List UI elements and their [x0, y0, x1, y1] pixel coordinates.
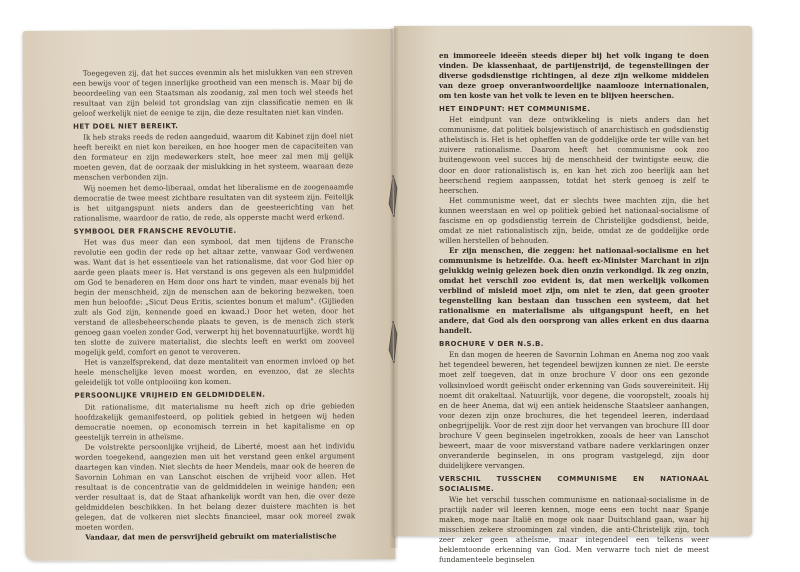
- section-heading: Brochure V der N.S.B.: [439, 339, 709, 349]
- paragraph: De volstrekte persoonlijke vrijheid, de …: [75, 441, 355, 533]
- staple-icon: [388, 320, 398, 364]
- left-page-text: Toegegeven zij, dat het succes evenmin a…: [73, 67, 355, 543]
- paragraph: Dit rationalisme, dit materialisme nu he…: [75, 401, 355, 443]
- paragraph: Het is vanzelfsprekend, dat deze mentali…: [74, 357, 354, 389]
- booklet-spine: [390, 28, 398, 548]
- paragraph: Toegegeven zij, dat het succes evenmin a…: [73, 67, 353, 119]
- left-page: Toegegeven zij, dat het succes evenmin a…: [23, 29, 396, 561]
- right-page: en immoreele ideeën steeds dieper bij he…: [394, 26, 752, 536]
- section-heading: Persoonlijke vrijheid en geldmiddelen.: [75, 390, 355, 402]
- section-heading: Het doel niet bereikt.: [73, 120, 353, 132]
- section-heading: Het eindpunt: het communisme.: [439, 104, 709, 114]
- bold-paragraph: Vandaar, dat men de persvrijheid gebruik…: [75, 531, 355, 543]
- paragraph: Ik heb straks reeds de reden aangeduid, …: [73, 132, 353, 184]
- bold-paragraph: en immoreele ideeën steeds dieper bij he…: [439, 51, 709, 101]
- paragraph: Het eindpunt van deze ontwikkeling is ni…: [439, 115, 709, 195]
- paragraph: Wie het verschil tusschen communisme en …: [439, 495, 709, 565]
- paragraph: Wij noemen het demo-liberaal, omdat het …: [73, 182, 353, 224]
- bold-paragraph: Er zijn menschen, die zeggen: het nation…: [439, 246, 709, 336]
- paragraph: En dan mogen de heeren de Savornin Lohma…: [439, 350, 709, 471]
- section-heading: Symbool der Fransche Revolutie.: [74, 225, 354, 237]
- right-page-text: en immoreele ideeën steeds dieper bij he…: [439, 51, 709, 565]
- paragraph: Het was dus meer dan een symbool, dat me…: [74, 236, 355, 358]
- section-heading: Verschil tusschen communisme en nationaa…: [439, 474, 709, 494]
- open-booklet: Toegegeven zij, dat het succes evenmin a…: [24, 24, 754, 564]
- paragraph: Het communisme weet, dat er slechts twee…: [439, 196, 709, 246]
- staple-icon: [388, 174, 398, 218]
